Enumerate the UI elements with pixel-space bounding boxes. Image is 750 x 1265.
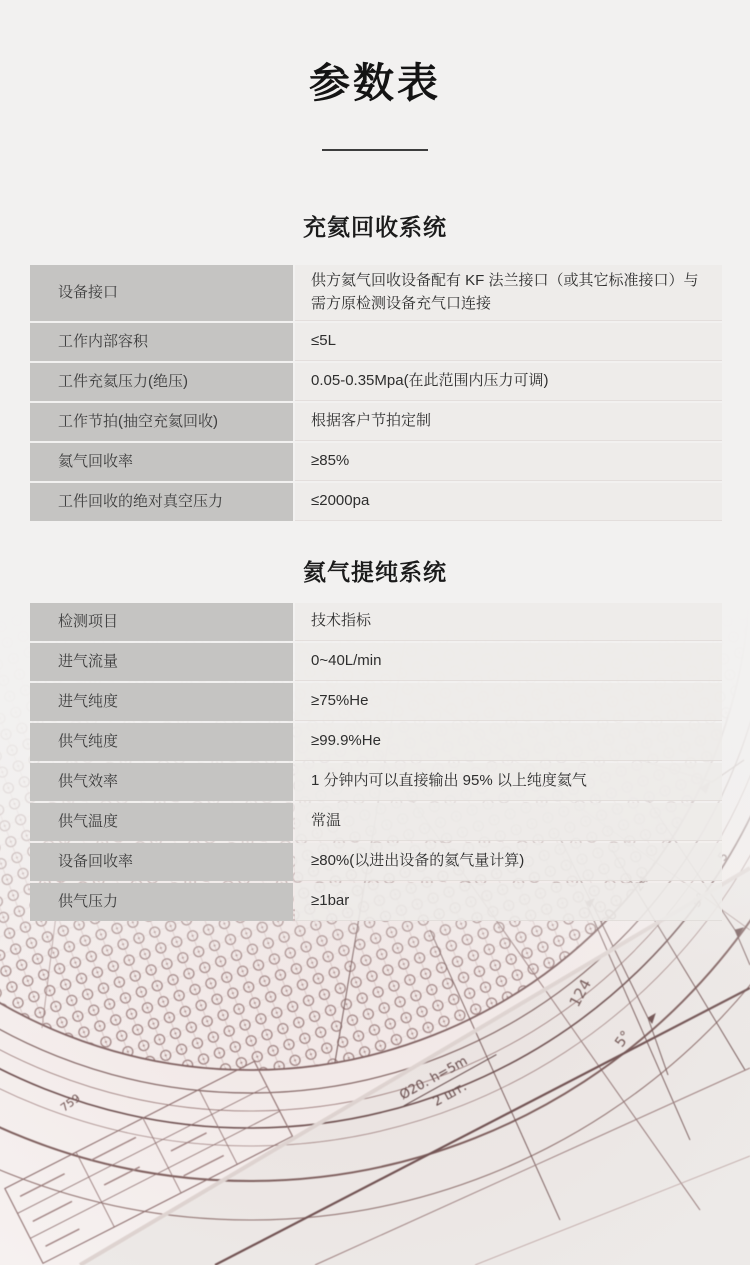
section-heading-recovery: 充氦回收系统 — [0, 209, 750, 242]
table-row: 设备回收率 ≥80%(以进出设备的氦气量计算) — [30, 843, 722, 881]
table-row: 进气纯度 ≥75%He — [30, 683, 722, 721]
param-value: 常温 — [295, 803, 722, 841]
spec-table-purification: 检测项目 技术指标 进气流量 0~40L/min 进气纯度 ≥75%He 供气纯… — [30, 603, 722, 921]
param-label: 供气纯度 — [30, 723, 293, 761]
page-title: 参数表 — [0, 0, 750, 109]
param-label: 工作节拍(抽空充氦回收) — [30, 403, 293, 441]
param-value: ≥99.9%He — [295, 723, 722, 761]
param-label: 供气压力 — [30, 883, 293, 921]
param-label: 设备回收率 — [30, 843, 293, 881]
param-label: 工作内部容积 — [30, 323, 293, 361]
param-label: 进气流量 — [30, 643, 293, 681]
param-value: 0.05-0.35Mpa(在此范围内压力可调) — [295, 363, 722, 401]
table-row: 设备接口 供方氦气回收设备配有 KF 法兰接口（或其它标准接口）与需方原检测设备… — [30, 265, 722, 321]
param-value: 供方氦气回收设备配有 KF 法兰接口（或其它标准接口）与需方原检测设备充气口连接 — [295, 265, 722, 321]
param-value: 1 分钟内可以直接输出 95% 以上纯度氦气 — [295, 763, 722, 801]
param-value: 根据客户节拍定制 — [295, 403, 722, 441]
param-label: 供气温度 — [30, 803, 293, 841]
table-row: 供气压力 ≥1bar — [30, 883, 722, 921]
table-row: 工作内部容积 ≤5L — [30, 323, 722, 361]
param-value: ≥1bar — [295, 883, 722, 921]
param-value: ≤5L — [295, 323, 722, 361]
param-value: ≥75%He — [295, 683, 722, 721]
table-row: 供气效率 1 分钟内可以直接输出 95% 以上纯度氦气 — [30, 763, 722, 801]
param-value: ≥85% — [295, 443, 722, 481]
spec-table-recovery: 设备接口 供方氦气回收设备配有 KF 法兰接口（或其它标准接口）与需方原检测设备… — [30, 265, 722, 521]
param-value: ≥80%(以进出设备的氦气量计算) — [295, 843, 722, 881]
table-row: 检测项目 技术指标 — [30, 603, 722, 641]
spec-page: 参数表 充氦回收系统 设备接口 供方氦气回收设备配有 KF 法兰接口（或其它标准… — [0, 0, 750, 921]
table-row: 供气温度 常温 — [30, 803, 722, 841]
param-label: 设备接口 — [30, 265, 293, 321]
table-row: 进气流量 0~40L/min — [30, 643, 722, 681]
table-row: 氦气回收率 ≥85% — [30, 443, 722, 481]
param-value: 0~40L/min — [295, 643, 722, 681]
param-label: 工件充氦压力(绝压) — [30, 363, 293, 401]
param-label: 氦气回收率 — [30, 443, 293, 481]
table-row: 工件充氦压力(绝压) 0.05-0.35Mpa(在此范围内压力可调) — [30, 363, 722, 401]
table-row: 供气纯度 ≥99.9%He — [30, 723, 722, 761]
param-value: 技术指标 — [295, 603, 722, 641]
param-label: 供气效率 — [30, 763, 293, 801]
param-label: 工件回收的绝对真空压力 — [30, 483, 293, 521]
title-divider — [322, 149, 428, 151]
param-label: 进气纯度 — [30, 683, 293, 721]
param-value: ≤2000pa — [295, 483, 722, 521]
param-label: 检测项目 — [30, 603, 293, 641]
table-row: 工件回收的绝对真空压力 ≤2000pa — [30, 483, 722, 521]
table-row: 工作节拍(抽空充氦回收) 根据客户节拍定制 — [30, 403, 722, 441]
section-heading-purification: 氦气提纯系统 — [0, 554, 750, 587]
